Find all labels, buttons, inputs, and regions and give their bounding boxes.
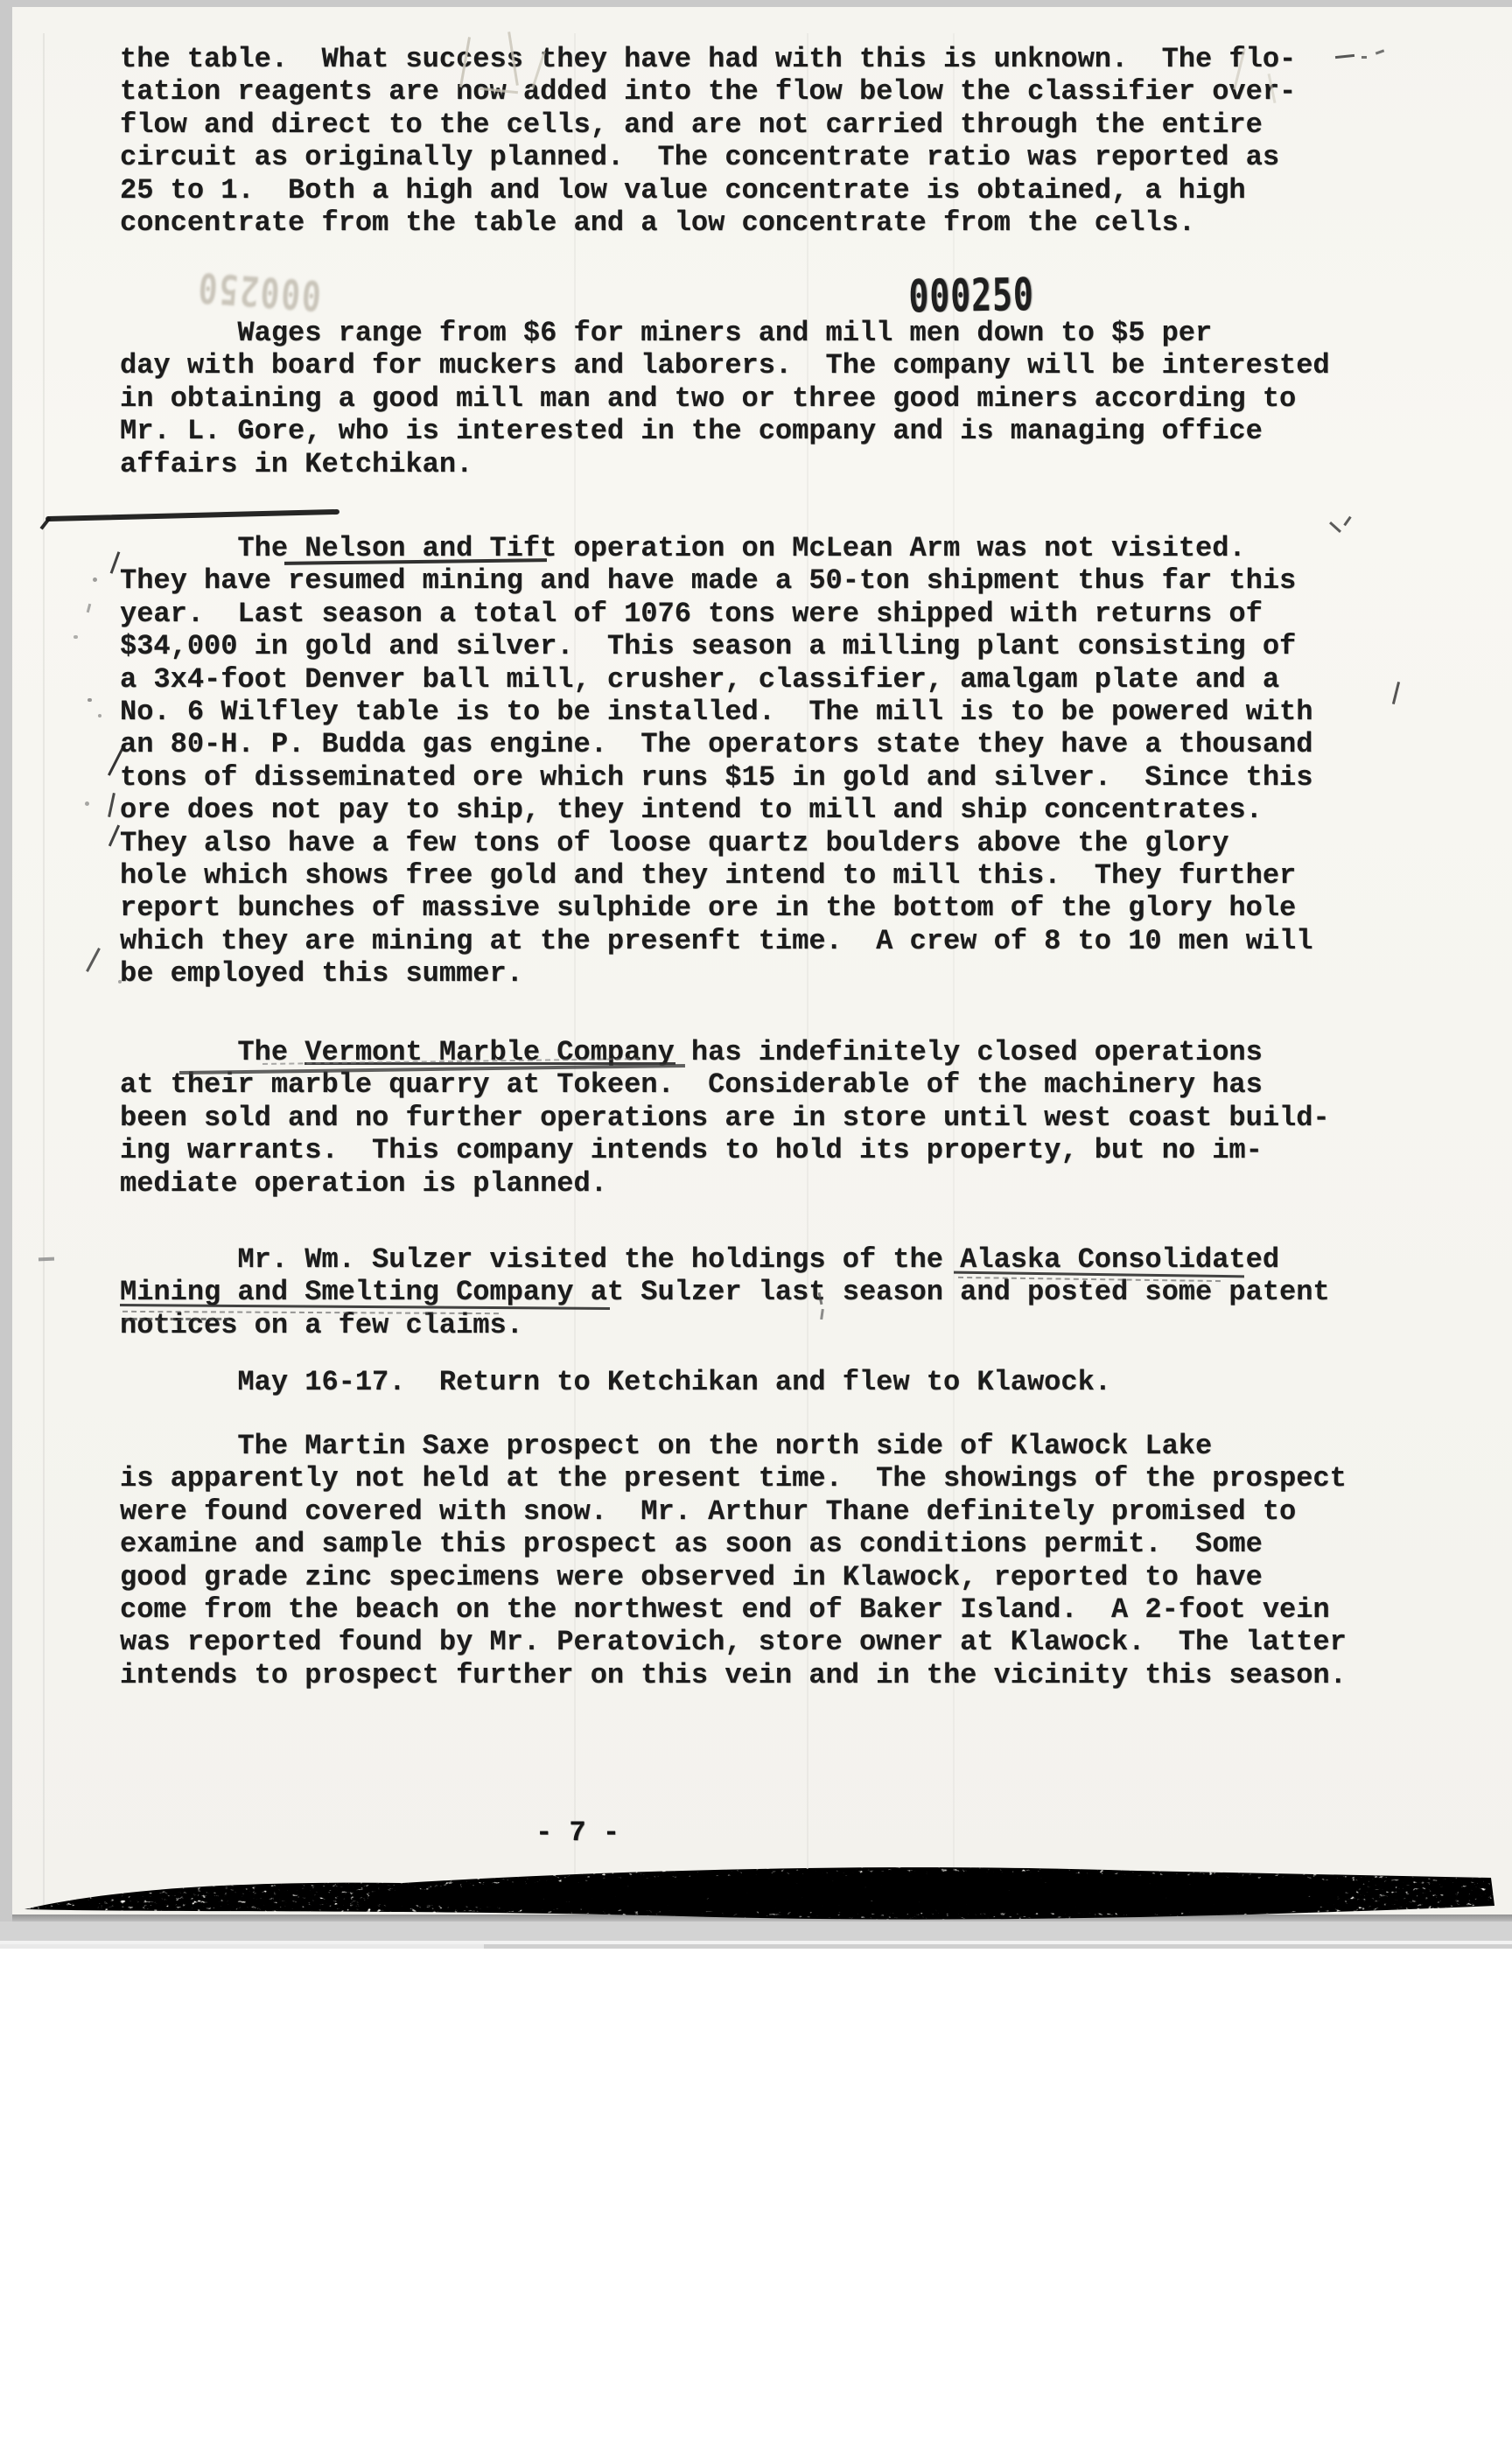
paragraph-sulzer-visit: Mr. Wm. Sulzer visited the holdings of t… [120,1243,1330,1341]
scan-bottom-line [0,1944,1512,1949]
page-number: - 7 - [535,1816,619,1849]
ghost-stamp-bleedthrough: 000250 [195,263,322,315]
scanned-typewritten-page: 000250 the table. What success they have… [0,0,1512,2450]
paper-crease-left [43,33,45,1906]
paragraph-wages: Wages range from $6 for miners and mill … [120,317,1330,480]
serial-number-stamp: 000250 [908,270,1034,319]
paragraph-vermont-marble: The Vermont Marble Company has indefinit… [120,1036,1330,1200]
photocopy-noise-band [0,1857,1512,1925]
paragraph-martin-saxe: The Martin Saxe prospect on the north si… [120,1430,1347,1691]
paragraph-nelson-and-tift: The Nelson and Tift operation on McLean … [120,532,1312,990]
paragraph-flotation-continued: the table. What success they have had wi… [120,43,1296,239]
line-may-16-17: May 16-17. Return to Ketchikan and flew … [120,1366,1111,1398]
